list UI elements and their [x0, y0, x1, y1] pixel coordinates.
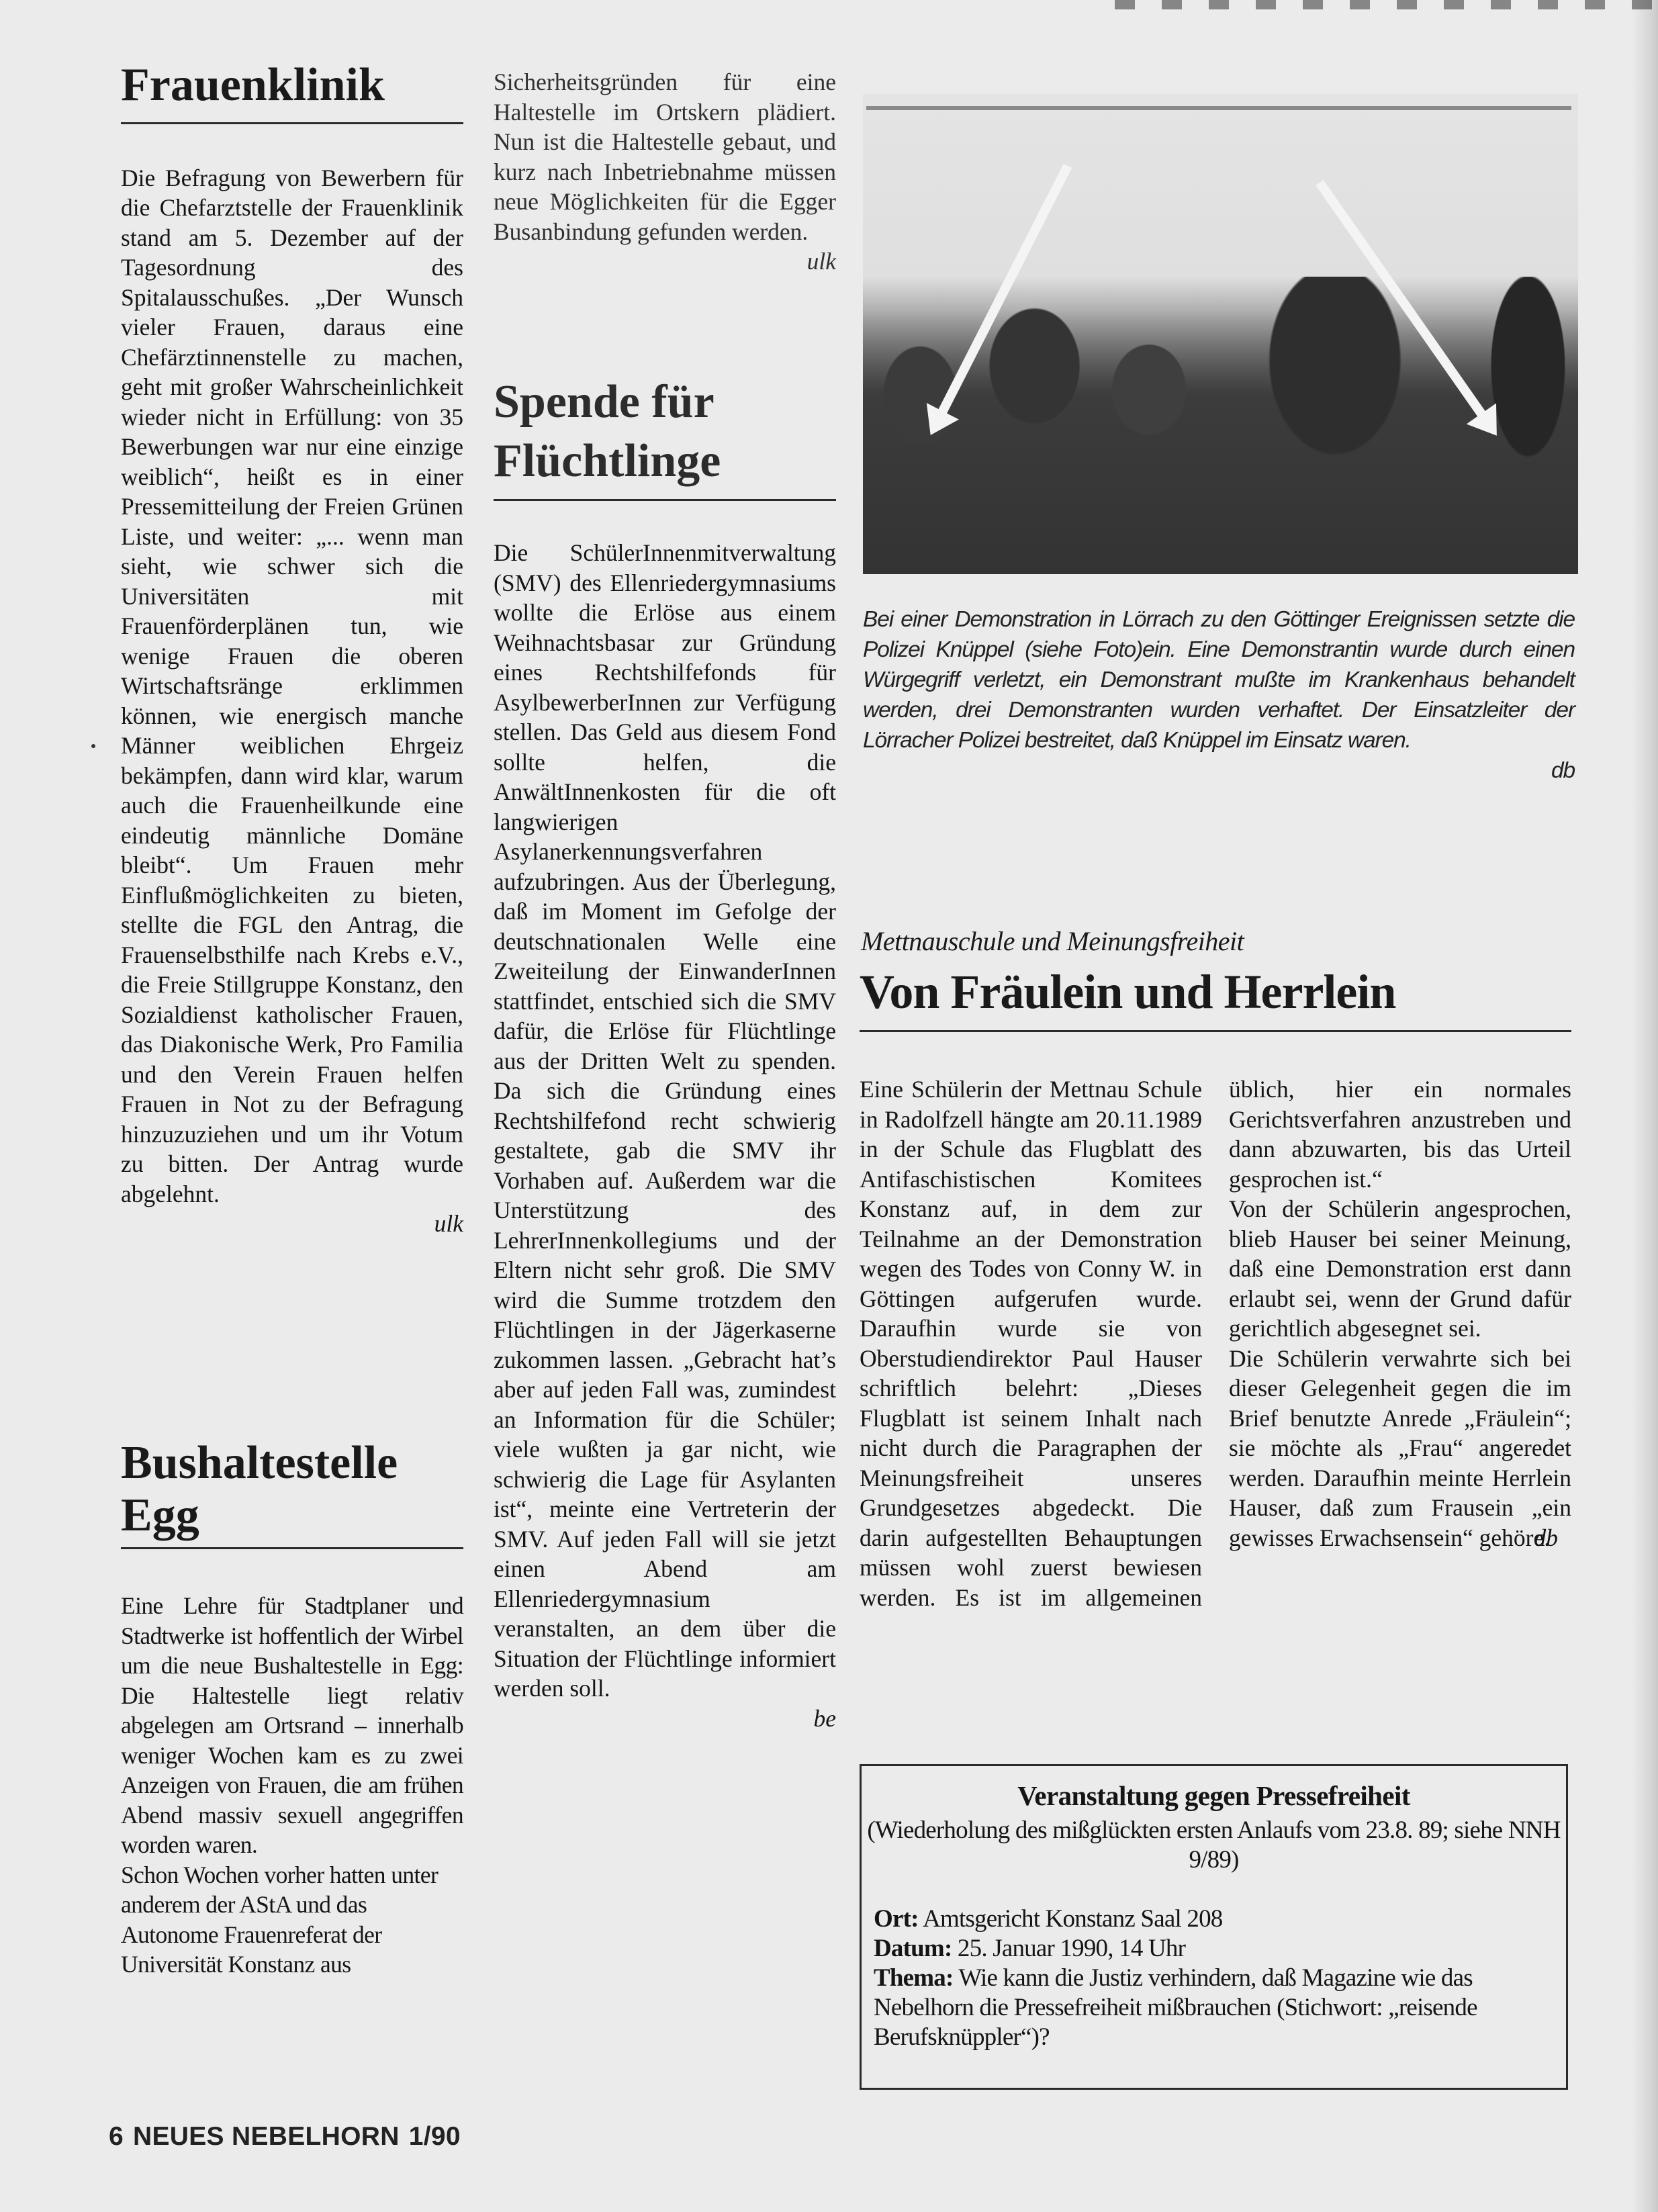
paragraph: Schon Wochen vorher hatten unter anderem… — [121, 1860, 463, 1980]
article-mettnau-header: Von Fräulein und Herrlein — [860, 967, 1571, 1032]
event-location: Ort: Amtsgericht Konstanz Saal 208 — [874, 1904, 1559, 1934]
article-title: Frauenklinik — [121, 60, 463, 124]
article-spende: Spende für Flüchtlinge Die SchülerInnenm… — [494, 373, 836, 1733]
label: Datum: — [874, 1935, 952, 1962]
author-initials: ulk — [807, 246, 836, 277]
publication-name: NEUES NEBELHORN — [133, 2122, 400, 2151]
article-body: Eine Schülerin der Mettnau Schule in Rad… — [860, 1074, 1202, 1612]
issue-number: 1/90 — [409, 2122, 461, 2151]
article-body: üblich, hier ein normales Gerichtsverfah… — [1229, 1074, 1571, 1553]
title-line: Spende für — [494, 376, 715, 428]
value: Amtsgericht Konstanz Saal 208 — [923, 1905, 1222, 1933]
paragraph: Die SchülerInnenmitverwaltung (SMV) des … — [494, 538, 836, 1704]
paragraph: Von der Schülerin angesprochen, blieb Ha… — [1229, 1194, 1571, 1344]
demonstration-photo — [863, 94, 1578, 574]
article-bushaltestelle: Bushaltestelle Egg Eine Lehre für Stadtp… — [121, 1437, 463, 1980]
article-bushaltestelle-continued: Sicherheitsgründen für eine Haltestelle … — [494, 67, 836, 277]
previous-page-bleed — [1115, 0, 1652, 9]
paragraph: Sicherheitsgründen für eine Haltestelle … — [494, 67, 836, 246]
event-date: Datum: 25. Januar 1990, 14 Uhr — [874, 1934, 1559, 1964]
margin-mark — [91, 744, 95, 748]
title-line: Egg — [121, 1489, 199, 1541]
photo-caption: Bei einer Demonstration in Lörrach zu de… — [863, 604, 1575, 786]
author-initials: db — [1551, 755, 1575, 786]
paragraph: Die Befragung von Bewerbern für die Chef… — [121, 163, 463, 1209]
title-line: Bushaltestelle — [121, 1437, 398, 1489]
value: 25. Januar 1990, 14 Uhr — [958, 1935, 1185, 1962]
title-line: Flüchtlinge — [494, 435, 721, 487]
label: Thema: — [874, 1964, 954, 1992]
paragraph: Die Schülerin verwahrte sich bei dieser … — [1229, 1344, 1571, 1553]
article-title: Bushaltestelle Egg — [121, 1437, 463, 1549]
article-body: Die Befragung von Bewerbern für die Chef… — [121, 163, 463, 1239]
page-edge-shadow — [1631, 0, 1658, 2212]
event-topic: Thema: Wie kann die Justiz verhindern, d… — [874, 1964, 1559, 2052]
page-number: 6 — [109, 2122, 124, 2151]
event-subtitle: (Wiederholung des mißglückten ersten Anl… — [862, 1816, 1566, 1875]
event-announcement-box: Veranstaltung gegen Pressefreiheit (Wied… — [860, 1764, 1568, 2090]
article-title: Spende für Flüchtlinge — [494, 373, 836, 501]
paragraph: Eine Lehre für Stadtplaner und Stadtwerk… — [121, 1591, 463, 1860]
article-body: Eine Lehre für Stadtplaner und Stadtwerk… — [121, 1591, 463, 1980]
event-title: Veranstaltung gegen Pressefreiheit — [862, 1780, 1566, 1812]
article-title: Von Fräulein und Herrlein — [860, 967, 1571, 1032]
author-initials: be — [813, 1704, 836, 1734]
paragraph: Eine Schülerin der Mettnau Schule in Rad… — [860, 1074, 1202, 1612]
event-details: Ort: Amtsgericht Konstanz Saal 208 Datum… — [874, 1904, 1559, 2052]
photo-edge-line — [866, 106, 1571, 110]
author-initials: ulk — [434, 1209, 463, 1239]
article-kicker: Mettnauschule und Meinungsfreiheit — [861, 925, 1244, 957]
article-body: Sicherheitsgründen für eine Haltestelle … — [494, 67, 836, 277]
article-frauenklinik: Frauenklinik Die Befragung von Bewerbern… — [121, 60, 463, 1239]
caption-text: Bei einer Demonstration in Lörrach zu de… — [863, 607, 1575, 753]
page-footer: 6NEUES NEBELHORN1/90 — [109, 2122, 470, 2152]
article-mettnau-col2: üblich, hier ein normales Gerichtsverfah… — [1229, 1074, 1571, 1553]
value: Wie kann die Justiz verhindern, daß Maga… — [874, 1964, 1477, 2051]
label: Ort: — [874, 1905, 919, 1933]
paragraph: üblich, hier ein normales Gerichtsverfah… — [1229, 1074, 1571, 1194]
article-mettnau-col1: Eine Schülerin der Mettnau Schule in Rad… — [860, 1074, 1202, 1612]
article-body: Die SchülerInnenmitverwaltung (SMV) des … — [494, 538, 836, 1733]
